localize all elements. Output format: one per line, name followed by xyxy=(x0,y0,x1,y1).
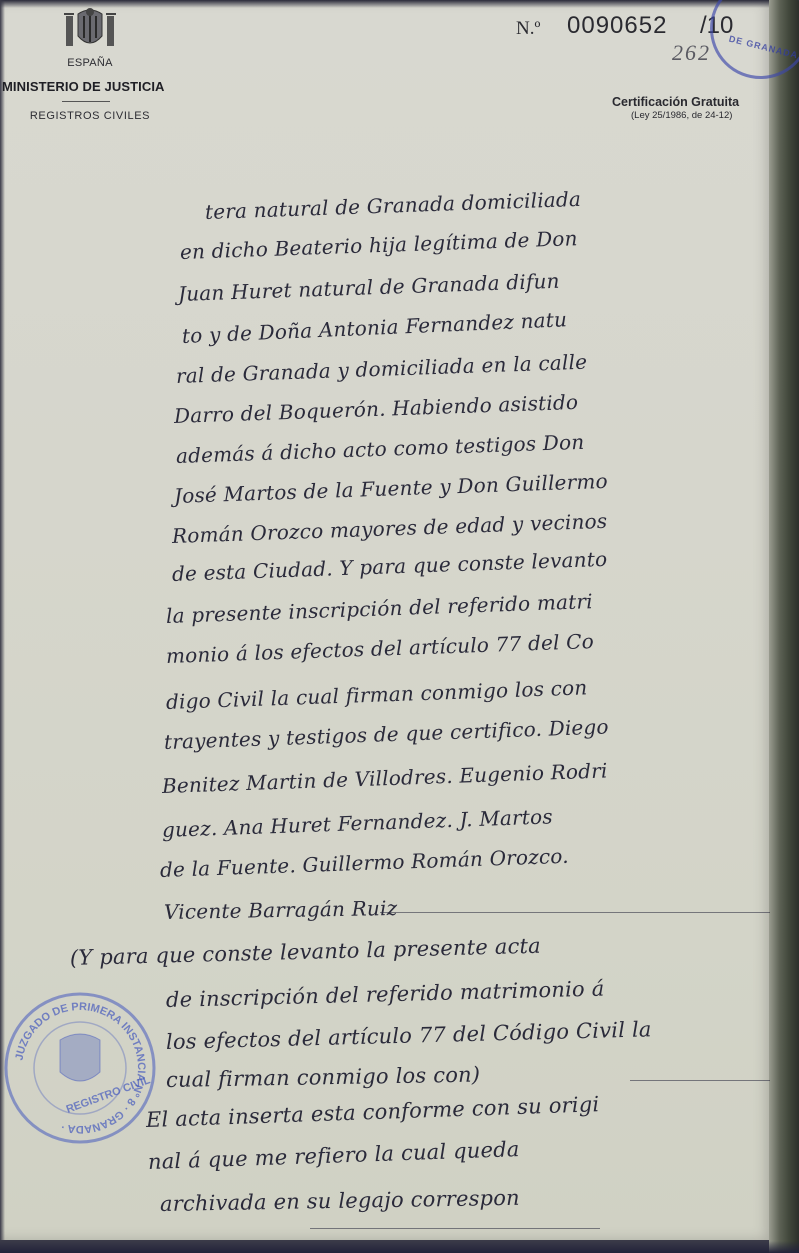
signature-rule xyxy=(380,912,770,913)
certificate-number: 0090652 xyxy=(567,12,667,40)
folio-number: 262 xyxy=(672,40,711,66)
coat-of-arms-icon xyxy=(62,6,118,50)
ministry-label: MINISTERIO DE JUSTICIA xyxy=(2,79,165,94)
certificate-number-label: N.º xyxy=(516,18,540,40)
certification-title: Certificación Gratuita xyxy=(612,95,739,109)
country-label: ESPAÑA xyxy=(0,57,180,69)
court-registry-stamp-icon: JUZGADO DE PRIMERA INSTANCIA Nº 8 · GRAN… xyxy=(2,990,158,1146)
certification-law: (Ley 25/1986, de 24-12) xyxy=(631,110,732,121)
signature-line: Vicente Barragán Ruiz xyxy=(164,896,398,924)
closing-rule xyxy=(310,1228,600,1229)
scan-top-edge xyxy=(0,0,799,8)
book-spine xyxy=(769,0,799,1253)
header-divider xyxy=(62,101,110,102)
registry-label: REGISTROS CIVILES xyxy=(0,110,180,122)
scan-bottom-edge xyxy=(0,1241,799,1253)
annotation-rule xyxy=(630,1080,770,1081)
